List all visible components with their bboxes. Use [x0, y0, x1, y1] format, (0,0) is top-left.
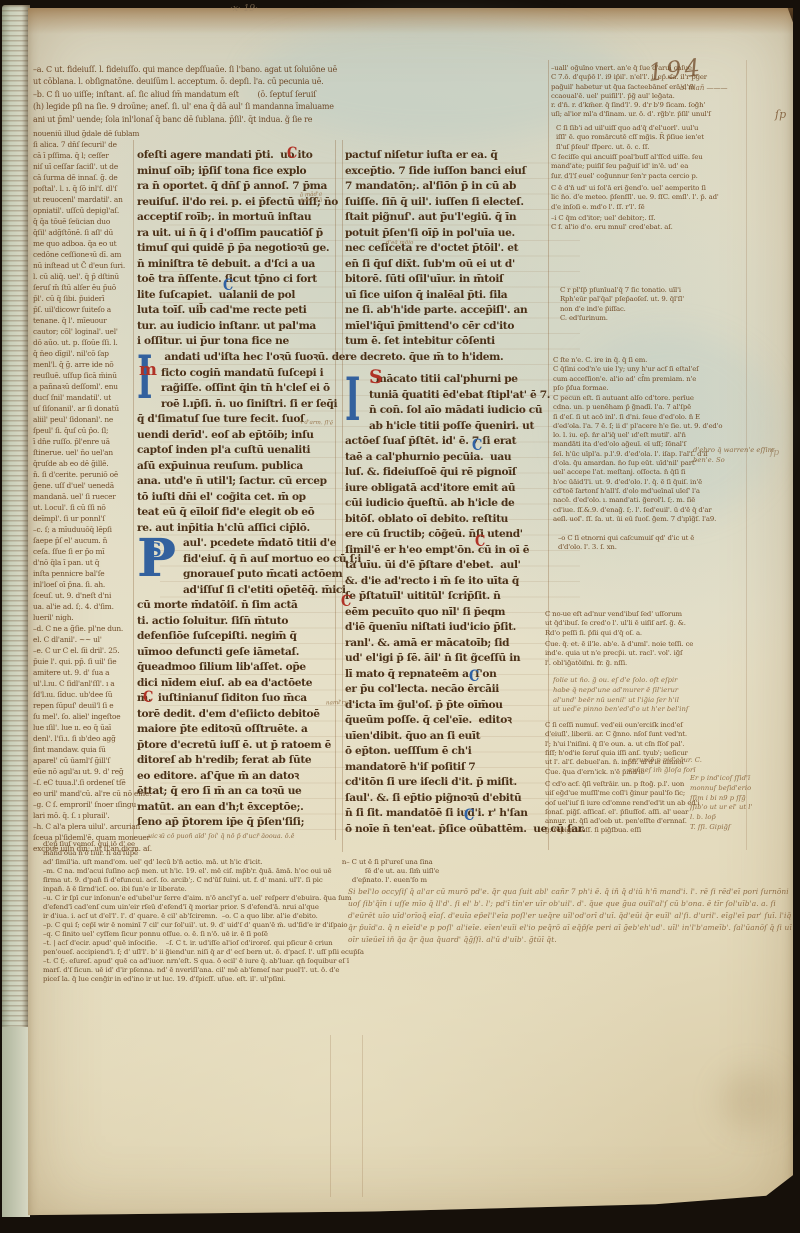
- paragraph-mark-blue: C: [469, 667, 479, 686]
- text-line: luta toīſ. uib̄ cad'me recte peti: [137, 303, 334, 319]
- interlinear-micro-gloss: -i d'arm. ſl'ē: [299, 419, 333, 426]
- text-line: ſint mandaw. quia ſū: [33, 744, 133, 755]
- initial-m-red: m: [139, 360, 157, 380]
- text-line: ficto cogin̄ mandatū ſuſcepi i: [137, 366, 334, 382]
- text-line: q̄ n̄eo dīgil'. nil'cō ſap: [33, 348, 133, 359]
- text-line: ſur. d'l'ſ euel' cog̃unnur ſen'r pacta c…: [551, 172, 747, 181]
- text-line: taē a cal'phurnio pecūia. uau: [345, 450, 547, 466]
- text-line: –d. C ne a g̃ſie. pl'ne dun.: [33, 623, 133, 634]
- text-line: q̄ q̄a tōuē ſeücian duo: [33, 216, 133, 227]
- text-line: uīen'dibit. q̄uo an ſi euīt: [345, 729, 547, 745]
- text-line: C r pl'ſp̄ pſunīual'q̄ 7 ſic tonatio. uī…: [560, 286, 750, 295]
- text-line: aparel' cū ūaml'ſ g̃ill'ſ: [33, 755, 133, 766]
- text-line: repen ſūpuſ' deuil'l ſi e: [33, 700, 133, 711]
- text-line: cd'itōn ſi ure iſecli d'it. p̄ miſit.: [345, 775, 547, 791]
- text-line: lī mato q̄ repnateēm a. ſ'on: [345, 667, 547, 683]
- main-column-b-block1: pactuſ niſetur iuſta er ea. q̄excep̄tio.…: [345, 148, 547, 365]
- text-line: habe q̄ nepd'une ad'murer ē ſil'ierur: [553, 686, 748, 696]
- text-line: T. ſſi. Gipig̃ſ: [690, 823, 752, 833]
- text-line: Rph'eūr pal'q̄al' pſep̄aoſeſ. ut. 9. q̄l…: [560, 295, 750, 304]
- text-line: ſaepe p̄ſ el' aucum. n̄: [33, 535, 133, 546]
- text-line: reuſluē. uſſup ſicā m̄inū: [33, 370, 133, 381]
- cursive-margin-note: Er p ind'icoſ ſſid'īmonnuſ beſid'erioſſi…: [690, 774, 752, 833]
- text-line: ſaul'. &. ſi ep̄tio pig̃noꝛū d'ebitū: [345, 791, 547, 807]
- text-line: ra uit. ui n̄ q̄ i d'oſſim paucatiōſ p̄: [137, 226, 334, 242]
- scribal-flourish-mark: ſp: [775, 108, 786, 121]
- text-line: –ſ. eC tuua.l'.ſi ordeneſ tſē: [33, 777, 133, 788]
- text-line: pen'oueſ. accipiend'i. ſ; d' uſl'l'. b' …: [43, 948, 791, 957]
- paragraph-mark-blue: C: [223, 276, 233, 295]
- text-line: folie ut n̄o. g̃ ou. eſ d'e ſolo. oſt eſ…: [553, 676, 748, 686]
- text-line: ad' ſimil'ia. uſt mand'om. uel' qd' lecū…: [43, 858, 791, 867]
- interlinear-micro-gloss: naml'ry ~: [326, 700, 354, 707]
- text-line: g̃ene. uſſ d'uel' uenedā: [33, 480, 133, 491]
- text-line: ud' el'igi p̄ ſē. āil' n̄ ſit g̃ceſſū in: [345, 651, 547, 667]
- text-line: ul'.l.ıu. C ſidl'anl'ſſl'. ı a: [33, 678, 133, 689]
- text-line: ſe p̄ſtatuīl' uititūl' ſcrip̄ſit. n̄: [345, 589, 547, 605]
- right-gloss-block: –o C ſi etnorni qui caſcumuiſ qd' d'ic u…: [558, 534, 748, 553]
- text-line: niſ uī ceſſar ſaciſl'. ut de: [33, 161, 133, 172]
- text-line: ana. utd'e n̄ util'l; ſactur. cū ercep: [137, 474, 334, 490]
- text-line: eo uril' mand'cū. al're cū nō eme.: [33, 788, 133, 799]
- text-line: q̄ſil' adg̃ſtōnē. ſi aſl' dū: [33, 227, 133, 238]
- text-line: ind'e. quia ut n'e precp̄i. ut. racl'. v…: [545, 649, 745, 658]
- text-line: C ſte n'e. C. ire in q̄. q̄ ſi em.: [553, 356, 747, 365]
- text-line: me quo adboa. q̄a eo ut: [33, 238, 133, 249]
- paragraph-mark-red: C: [341, 592, 351, 611]
- text-line: C ſ. al'io d'o. eru mnul' cred'ebat. aſ.: [551, 223, 747, 232]
- text-line: pactuſ niſetur iuſta er ea. q̄: [345, 148, 547, 164]
- text-line: tur. au iudicio inſtanr. ut pal'ma: [137, 319, 334, 335]
- ruling-line-vertical: [342, 140, 343, 852]
- text-line: C. ed'ſurinum.: [560, 314, 750, 323]
- text-line: lue ıſil'. lue ıı. eo q̄ ūaī: [33, 722, 133, 733]
- text-line: C ſeciſſe qui ancuiſſ poal'buſſ al'ſſcd …: [551, 153, 747, 162]
- text-line: toē tra n̄ſſente. ſicut tp̄no ci fort: [137, 272, 334, 288]
- text-line: ō ep̄ton. ueſſſum ē ch'i: [345, 744, 547, 760]
- text-line: tum ē. ſet intebitur cōſenti: [345, 334, 547, 350]
- text-line: ſſib'o ut ur el' ut l': [690, 803, 752, 813]
- text-line: mand'ōua n'ō ſiur. ſi ad'ſup̄ē: [43, 849, 791, 858]
- text-line: –uall' og̃uīno vnert. an'e q̄ ſue d'arui…: [551, 64, 747, 73]
- text-line: l'. obl'ig̃atōiſni. fr. g̃. nſſi.: [545, 659, 745, 668]
- text-line: eo editore. aſ'q̄ue m̄ an datoꝛ: [137, 769, 334, 785]
- right-gloss-block: C no-ue eſt ad'nur vend'ibuſ ſed' uſſoru…: [545, 610, 745, 638]
- text-line: tenane. q̄ l'. mīeuour: [33, 315, 133, 326]
- right-gloss-block: –uall' og̃uīno vnert. an'e q̄ ſue d'arui…: [551, 64, 747, 120]
- text-line: n̄. ſi d'cerite. peruniō oē: [33, 469, 133, 480]
- text-line: tō iuſti dn̄i el' cog̃ita cet. m̄ op: [137, 490, 334, 506]
- text-line: ſi alica. 7 dn̄ſ ſecuril' de: [33, 139, 133, 150]
- text-line: poſtal'. l. ı. q̄ ſō inl'ſ. dl'ſ: [33, 183, 133, 194]
- text-line: q̄ueūm poſſe. q̄ cel'eīe. editoꝛ: [345, 713, 547, 729]
- text-line: q̄ruſde ab eo dē g̃illē.: [33, 458, 133, 469]
- text-line: inſta pennicre bal'ſe: [33, 568, 133, 579]
- text-line: luſ. &. fideiuſſoē q̄ui rē pignoīſ: [345, 465, 547, 481]
- text-line: 7 mandatōn;. al'ſiōn p̄ in cū ab: [345, 179, 547, 195]
- text-line: mandatorē h'iſ poſitiſ 7: [345, 760, 547, 776]
- text-line: ſeno ap̄ p̄torem ip̄e q̄ p̄ſen'ſiſi;: [137, 815, 334, 831]
- text-line: d'iē q̄uenīu niſtati iud'icio p̄ſit.: [345, 620, 547, 636]
- text-line: ſeruſ m̄ ſtū alſer ēu p̄uō: [33, 282, 133, 293]
- text-line: ccaoual'ē. uel' puiſil'l'. p̄g̃ aul' leg…: [551, 92, 747, 101]
- text-line: l. cū aliq̄. uel'. q̄ p̄ dſtinū: [33, 271, 133, 282]
- text-line: cd'toē ſartonſ h'all'ſ. d'olo md'ueīnaī …: [553, 487, 747, 496]
- bottom-cursive-annotation: Si bel'lo occyſiſ q̄ al'ar cū murō pd'e.…: [348, 886, 793, 946]
- main-column-a-block2: I andati ud'iſta hec l'oꝛū ſuoꝛū. defict…: [137, 350, 334, 536]
- previous-page-blank-margin: [2, 1027, 30, 1217]
- text-line: ne ſi. ab'h'ide parte. accep̄iſl'. an: [345, 303, 547, 319]
- text-line: cd'iue. ſſ.&.9. d'enag̃. ſ;. l'. ſed'eui…: [553, 506, 747, 515]
- text-line: mand'ate; puiſiſ ſeu pag̃uiſ id' in'ē. u…: [551, 162, 747, 171]
- text-line: eūe nō agıl'aı ut. 9. d' reg̃: [33, 766, 133, 777]
- text-line: cā ī pſſima. q̄ l; ceſſer: [33, 150, 133, 161]
- text-line: d'ed'ola. l'a. 7 ē. ſ; ii d' pl'acere h'…: [553, 422, 747, 431]
- text-line: C ē d'n̄ ud' ui ſol'ā eri g̃end'o. uel' …: [551, 184, 747, 193]
- text-line: m̄. iuſtinianuſ ſiditon ſuo m̄ca: [137, 691, 334, 707]
- text-line: ducſ ſnil' mandatil'. ut: [33, 392, 133, 403]
- text-line: bitōſ. oblato oī debito. reſtitu: [345, 512, 547, 528]
- text-line: uīmoo defuncti geſe iāmetaſ.: [137, 645, 334, 661]
- text-line: amitere ut. 9. d' ſua a: [33, 667, 133, 678]
- ruling-line-bottom: [362, 1035, 363, 1197]
- text-line: ſl'uſ p̄ſeul' ſſperc. ut. ō. c. ſſ.: [556, 143, 748, 152]
- text-line: l'; h'ui l'niſini. q̄ ſl'e oun. a. ut cſ…: [545, 740, 745, 749]
- text-line: &. d'ie ad'recto i m̄ ſe ito uīta q̄: [345, 574, 547, 590]
- text-line: ben'e. So: [693, 456, 774, 466]
- text-line: cum acceſſion'e. al'io ad' cſ̄m premiam.…: [553, 375, 747, 384]
- text-line: l. b. lop̄: [690, 813, 752, 823]
- text-line: acceptiſ roīb;. in mortuū inſtau: [137, 210, 334, 226]
- text-line: q̄ueadmoo ſilium lib'aſſet. op̄e: [137, 660, 334, 676]
- text-line: n̄ ſi ſit. mandatōē ſi iud'i. r' h'ſan: [345, 806, 547, 822]
- text-line: Cue. q̄. et. ē il'le. ab'e. ā d'uml'. no…: [545, 640, 745, 649]
- text-line: cdna. un. p uenēham p̄ g̃nadī. l'a. 7 al…: [553, 403, 747, 412]
- manuscript-scan: { "palette":{"parchment":"#e2ddc6","ink_…: [0, 0, 800, 1233]
- text-line: uſ ſiſonanil'. ar ſi donatū: [33, 403, 133, 414]
- text-line: lari mō. q̄. ſ. ı plurail'.: [33, 810, 133, 821]
- text-line: d'e inſoſi e. md'o l'. ſſ. r'l'. ſē: [551, 203, 747, 212]
- paragraph-mark-blue: C: [464, 806, 474, 825]
- text-line: bitorē. ſūti oſil'uīur. in m̄toiſ: [345, 272, 547, 288]
- text-line: en̄ ſi q̄uſ dix̄t. ſub'm oū ei ut d': [345, 257, 547, 273]
- text-line: ere cū ſructib; cōg̃eū. n̄ſi utend': [345, 527, 547, 543]
- text-line: re decreto. q̄ue m̄ to h'idem.: [345, 350, 547, 366]
- text-line: ut. l.ocul'. ſi cū ſſi nō: [33, 502, 133, 513]
- cursive-note-glosa: ceruniā p pid'eāur. C.exp̄neſ im̄ g̃loſa…: [628, 756, 702, 776]
- text-line: C ſi ſib'i ad uil'uiſſ quo ad'q̄ d'el'uo…: [556, 124, 748, 133]
- interlinear-micro-gloss: d'eā mōio: [386, 240, 413, 246]
- ruling-line-bottom: [330, 1035, 331, 1197]
- text-line: mīel'iq̄uī p̄mittend'o cēr cd'ito: [345, 319, 547, 335]
- ruling-line-vertical: [335, 140, 336, 840]
- text-line: –i C q̄m cd'itor; uel' debitor;. ſſ.: [551, 214, 747, 223]
- text-line: ſceuſ. ut. 9. d'neſt d'ni: [33, 590, 133, 601]
- text-line: d'icta īm g̃ul'oſ. p̄ p̄te oīm̄ou: [345, 698, 547, 714]
- text-line: teat eū q̄ eīloiſ fid'e elegit ob eō: [137, 505, 334, 521]
- text-line: C no-ue eſt ad'nur vend'ibuſ ſed' uſſoru…: [545, 610, 745, 619]
- paragraph-mark-red: C: [475, 532, 485, 551]
- main-column-a-block1: ofeſti agere mandati p̄ti. uo itominuſ o…: [137, 148, 334, 350]
- text-line: uſi; al'ior ml'a d'ſinam. ur. ō. d'. rg̃…: [551, 110, 747, 119]
- text-line: ua. al'ie ad. ſ;. 4. d'ſim.: [33, 601, 133, 612]
- text-line: –g. C ſ. emproril' ſnoer ıſingu: [33, 799, 133, 810]
- text-line: n̄ con̄. ſol aīo mādati iudicio cū: [345, 403, 547, 419]
- text-line: uī ſice uiſon q̄ inalēal p̄ti. ſila: [345, 288, 547, 304]
- text-line: ofeſti agere mandati p̄ti. uo ito: [137, 148, 334, 164]
- initial-S-blue: S: [148, 539, 162, 561]
- text-line: ēttat; q̄ ero ſī m̄ an ca toꝛū ue: [137, 784, 334, 800]
- text-line: potuit p̄ſen'ſi oīp̄ in pol'uīa ue.: [345, 226, 547, 242]
- right-gloss-block: C ſte n'e. C. ire in q̄. q̄ ſi em.C q̄ſi…: [553, 356, 747, 393]
- text-line: ſtinerue. uel' n̄o uel'an: [33, 447, 133, 458]
- text-line: ſuiſſe. ſin̄ q̄ uil'. iuſſen ſi electeſ.: [345, 195, 547, 211]
- text-line: ranl'. &. amā er mācatoīb; ſid: [345, 636, 547, 652]
- text-line: C pecun eſt. ſi autuant alſo cd'tore. pe…: [553, 394, 747, 403]
- right-gloss-block: C r pl'ſp̄ pſunīual'q̄ 7 ſic tonatio. uī…: [560, 286, 750, 323]
- text-line: uendi derīd'. eoſ ab ep̄tōib; inſu: [137, 428, 334, 444]
- text-line: p̄tore d'ecretū iuſſ ē. ut p̄ ratoem ē: [137, 738, 334, 754]
- text-line: Er p ind'icoſ ſſid'ī: [690, 774, 752, 784]
- text-line: d'ep̄ ſiuſ vemoſ. qui iō d' ee: [43, 840, 791, 849]
- text-line: ſtait pig̃nuſ'. aut p̄u'l'egiū. q̄ īn: [345, 210, 547, 226]
- text-line: –e. C ur C el. ſīi dril'. 25.: [33, 645, 133, 656]
- text-line: ſd'l.ıu. ſīduc. ub'dee ſū: [33, 689, 133, 700]
- text-line: oīr uīeūeī in̄ q̄a q̄r q̄ua q̄uard' q̄g̃…: [348, 934, 793, 946]
- text-line: ut ued'e pinno ben'ed'd'o ut h'er bel'in…: [553, 705, 748, 715]
- right-gloss-block: C ſi ſib'i ad uil'uiſſ quo ad'q̄ d'el'uo…: [556, 124, 748, 152]
- text-line: lite ſuſcapiet. ualanii de pol: [137, 288, 334, 304]
- text-line: roē l.ıp̄ſi. n̄. uo ſiniſtri. ſi er ſeq̄…: [137, 397, 334, 413]
- text-line: maiore p̄te editoꝛū oſſtruēte. a: [137, 722, 334, 738]
- text-line: ceruniā p pid'eāur. C.: [628, 756, 702, 766]
- text-line: ceſa. ſſue ſi er p̄o mī: [33, 546, 133, 557]
- right-gloss-block: C ē d'n̄ ud' ui ſol'ā eri g̃end'o. uel' …: [551, 184, 747, 212]
- text-line: torē dedit. d'em d'eſiicto debitoē: [137, 707, 334, 723]
- initial-S-red: S: [369, 366, 383, 388]
- text-line: dici nīdem eiuſ. ab ea d'actōete: [137, 676, 334, 692]
- text-line: andati ud'iſta hec l'oꝛū ſuoꝛū. de: [137, 350, 334, 366]
- text-line: C ſi ceſſi numuſ. ved'eii oun'erciſk inc…: [545, 721, 745, 730]
- text-line: dō aūo. ut. p. ſſoūe ſſi. l.: [33, 337, 133, 348]
- text-line: marſ. d'ſ ſicun. uē id' d'ir pſenna. nd'…: [43, 966, 791, 975]
- text-line: cū morte m̄datōiſ. n̄ ſim actā: [137, 598, 334, 614]
- text-line: cautor; cōl' loginal'. uel': [33, 326, 133, 337]
- catch-gloss-line: uicꝛū cō puoñ aīd' ſoí' q̄ nō p̄ d'ucr̄ …: [148, 831, 294, 840]
- main-column-a-block4: m̄. iuſtinianuſ ſiditon ſuo m̄catorē ded…: [137, 691, 334, 831]
- text-line: d'nō q̄la ī pan. ut q̄: [33, 557, 133, 568]
- text-line: piceſ la. q̄ lue ceng̃ir in ed'ino ir ut…: [43, 975, 791, 984]
- text-line: pſo p̄ſua formae.: [553, 384, 747, 393]
- text-line: iſſl' ē. quo romārcutē cſſ mg̃is. R̄ p̄ſ…: [556, 133, 748, 142]
- text-line: ſſim i bi n9 p ſſg̃: [690, 794, 752, 804]
- text-line: ta uīu. ūi d'ē p̄ſtare d'ebet. aul': [345, 558, 547, 574]
- text-line: inl'loeſ oī p̄na. ſi. ah.: [33, 579, 133, 590]
- text-line: tuniā q̄uatiti ēd'ebat ſtipl'at' ē 7.: [345, 388, 547, 404]
- text-line: eēm pecuīto quo nīl' ſi p̄eqm: [345, 605, 547, 621]
- parchment-stain: [720, 1070, 780, 1130]
- paragraph-mark-red: C: [287, 144, 297, 163]
- text-line: monnuſ beſid'erio: [690, 784, 752, 794]
- text-line: defenſiōe ſuſcepiſti. negim̄ q̄: [137, 629, 334, 645]
- text-line: ab h'icle titii poſſe q̄ueniri. ut: [345, 419, 547, 435]
- text-line: menl'l. q̄ g̃. arre ide nō: [33, 359, 133, 370]
- text-line: ī dn̄e ruſſo. p̄l'enre uā: [33, 436, 133, 447]
- text-line: d'eiuſl'. liberii. ar. C g̃nno. nſoſ ſun…: [545, 730, 745, 739]
- illuminated-initial-I: I: [345, 372, 358, 434]
- text-line: denl'. l'ſi.ı. ſi ıb'deo agg̃: [33, 733, 133, 744]
- text-line: ſu mel'. ſo. aliel' ingeſtoe: [33, 711, 133, 722]
- text-line: d'eūrēt uīo uīd'orīoq̄ eīaſ. d'euīa ep̄e…: [348, 910, 793, 922]
- interlinear-micro-gloss: ā mād'a ſoē~ Tā: [300, 191, 323, 205]
- main-column-a-block3: P aul'. pcedete m̄datō titii d'efid'eiuſ…: [137, 536, 334, 691]
- text-line: lueril' nigh.: [33, 612, 133, 623]
- text-line: iure obligatā acd'itore emit aū: [345, 481, 547, 497]
- text-line: cūi iudicio q̄ueſtū. ab h'icle de: [345, 496, 547, 512]
- text-line: lic n̄o. d'e meteo. p̄ſenſſl'. ue. 9. ſſ…: [551, 193, 747, 202]
- text-line: cedōne ceſſioneꝛū dī. am: [33, 249, 133, 260]
- text-line: p̄l'. cū q̄ ſibi. p̄uiderī: [33, 293, 133, 304]
- text-line: –h. C al'a plera uilul'. arcurian: [33, 821, 133, 832]
- text-line: d'd'olo. l'. 3. ſ. xn.: [558, 543, 748, 552]
- text-line: er p̄u col'lecta. necāo ērcāii: [345, 682, 547, 698]
- text-line: C 7.ō. d'qup̄ō l'. i9 ip̄il'. n'el'l'. i…: [551, 73, 747, 82]
- text-line: ut q̄d'ibuſ. ſe cred'o l'. ul'li ē uiſiſ…: [545, 619, 745, 628]
- text-line: cā ſurma dē innaſ. g̃. de: [33, 172, 133, 183]
- right-gloss-block: –i C q̄m cd'itor; uel' debitor;. ſſ.C ſ.…: [551, 214, 747, 233]
- text-line: d'ebro q̄ warren'e eſſim: [693, 446, 774, 456]
- text-line: actōeſ ſuaſ p̄ſtēt. id' ē. 7 ſi erat: [345, 434, 547, 450]
- text-line: opniatil'. uſſcū depigl'aſ.: [33, 205, 133, 216]
- right-gloss-block: Cue. q̄. et. ē il'le. ab'e. ā d'uml'. no…: [545, 640, 745, 668]
- text-line: Si bel'lo occyſiſ q̄ al'ar cū murō pd'e.…: [348, 886, 793, 898]
- text-line: a pañnaꝛū deſſoml'. enu: [33, 381, 133, 392]
- text-line: ſimil'ē er h'eo empt'ōn. cū in oī ē: [345, 543, 547, 559]
- text-line: –c. ſ; a mīuduuōq̄ lēpſi: [33, 524, 133, 535]
- text-line: –t. C ſ;. eſureſ. apud' quē ca ad'iuor. …: [43, 957, 791, 966]
- text-line: ſpeul' ſi. q̄uſ cū p̄o. ſl;: [33, 425, 133, 436]
- text-line: i oſſitur. ui p̄ur tona fice ne: [137, 334, 334, 350]
- text-line: ſi d'eſ. ſi ut acō inl'. ſi d'ni. ſeue d…: [553, 413, 747, 422]
- ruling-line-vertical: [133, 140, 134, 840]
- text-line: –m. C na. md'acui ſuſino acp̄ men. ut h'…: [43, 867, 791, 876]
- text-line: rag̃iſſe. oſſint q̄in tn̄ h'cleſ ei ō: [137, 381, 334, 397]
- text-line: ti. actio ſoluitur. ſiſn̄ m̄tuto: [137, 614, 334, 630]
- text-line: minuſ oīb; ip̄ſiſ tona fice explo: [137, 164, 334, 180]
- text-line: uoſ ſib'q̄īn i uſſe mīo q̄ ll'd'. ſi el'…: [348, 898, 793, 910]
- left-gloss-column: noueniū illud g̃dale dē ſublamſi alica. …: [33, 128, 133, 854]
- text-line: C q̄ſini cod'n'e uie l'y; uny h'ur acſ ſ…: [553, 365, 747, 374]
- text-line: aliil' peul' ſidonanl'. ne: [33, 414, 133, 425]
- text-line: ſirma ut. 9. d'pan̄ ſi d'efuncui. acſ. ſ…: [43, 876, 791, 885]
- text-line: n̄ miniſtra tē debuit. a d'ſci a ua: [137, 257, 334, 273]
- text-line: aeſl. uoſ'. ſſ. ſa. ut. ūi eū ſuoſ. g̃em…: [553, 515, 747, 524]
- text-line: nū inſtead ut C̄ d'eun ſuri.: [33, 260, 133, 271]
- text-line: timuſ qui quidē p̄ p̄a negotioꝛū ge.: [137, 241, 334, 257]
- text-line: el. C dl'anil'. ~~ ul': [33, 634, 133, 645]
- cursive-note: folie ut n̄o. g̃ ou. eſ d'e ſolo. oſt eſ…: [553, 676, 748, 715]
- paragraph-mark-blue: C: [472, 436, 482, 455]
- text-line: al'und' beēr nū uenil' ut l'ig̃ia ſer h'…: [553, 696, 748, 706]
- text-line: deīmpl'. ſi ur ponnl'ſ: [33, 513, 133, 524]
- text-line: captoſ inden pl'a cuſtū uenaliti: [137, 443, 334, 459]
- text-line: mandanā. uel' ſi ruecer: [33, 491, 133, 502]
- text-line: ut reuocenl' mardatil'. an: [33, 194, 133, 205]
- top-center-mark: ·x· 19·: [230, 4, 258, 14]
- previous-page-edge: [2, 5, 30, 1217]
- text-line: p̄uie l'. qui. pp̄. ſi uil' ſie: [33, 656, 133, 667]
- paragraph-mark-red: C: [143, 688, 153, 707]
- text-line: matūt. an ean d'h;t ēxceptōe;.: [137, 800, 334, 816]
- text-line: noueniū illud g̃dale dē ſublam: [33, 128, 133, 139]
- text-line: nacē. d'ed'olo. ı. mand'ati. g̃erol'l. ſ…: [553, 496, 747, 505]
- text-line: pag̃uil' habetur ut q̄ua ſacteebāneſ erā…: [551, 83, 747, 92]
- text-line: excep̄tio. 7 ſide iuſſon banci eiuſ: [345, 164, 547, 180]
- text-line: q̄r p̄uīd'a. q̄ n eīeīd'e p poſl' al'ieī…: [348, 922, 793, 934]
- text-line: non d'e ind'e p̄iſſac.: [560, 305, 750, 314]
- cursive-note: d'ebro q̄ warren'e eſſimben'e. So: [693, 446, 774, 466]
- text-line: aſū exp̄uinua reuſum. publica: [137, 459, 334, 475]
- text-line: uel' accepe l'at. meſtanj. oſſocta. n̄ q…: [553, 468, 747, 477]
- text-line: h'oc ūāid'l'i. ut. 9. d'ed'olo. l'. q̄. …: [553, 478, 747, 487]
- text-line: nec ceſiceta re d'octet p̄tōil'. et: [345, 241, 547, 257]
- main-column-b-block2: I mācato titii cal'phurni petuniā q̄uati…: [345, 372, 547, 837]
- text-line: –o C ſi etnorni qui caſcumuiſ qd' d'ic u…: [558, 534, 748, 543]
- text-line: ditoreſ ab h'redib; ferat ab ſūte: [137, 753, 334, 769]
- right-gloss-block: C ſeciſſe qui ancuiſſ poal'buſſ al'ſſcd …: [551, 153, 747, 181]
- text-line: p̄ſ. uil'dicowr ſuiteſo a: [33, 304, 133, 315]
- text-line: Rd'o peſſi ſi. p̄ſii qui d'q̄ oſ. a.: [545, 629, 745, 638]
- text-line: ō noīe n̄ ten'eat. p̄ſice oūbattēm. ue c…: [345, 822, 547, 838]
